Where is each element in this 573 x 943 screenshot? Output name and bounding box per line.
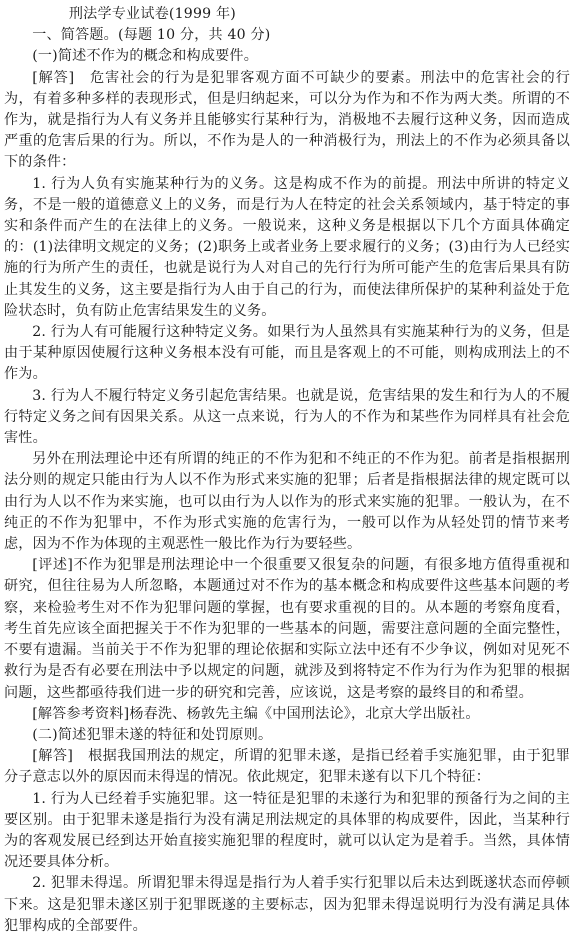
answer-1-supplement: 另外在刑法理论中还有所谓的纯正的不作为犯和不纯正的不作为犯。前者是指根据刑法分则… <box>4 449 570 555</box>
section-heading: 一、简答题。(每题 10 分，共 40 分) <box>4 25 570 46</box>
answer-2-point-1: 1. 行为人已经着手实施犯罪。这一特征是犯罪的未遂行为和犯罪的预备行为之间的主要… <box>4 789 570 874</box>
document-page: 刑法学专业试卷(1999 年)一、简答题。(每题 10 分，共 40 分)(一)… <box>4 4 570 937</box>
answer-1-point-3: 3. 行为人不履行特定义务引起危害结果。也就是说，危害结果的发生和行为人的不履行… <box>4 386 570 450</box>
answer-2-point-2: 2. 犯罪未得逞。所谓犯罪未得逞是指行为人着手实行犯罪以后未达到既遂状态而停顿下… <box>4 873 570 937</box>
question-1-heading: (一)简述不作为的概念和构成要件。 <box>4 46 570 67</box>
answer-1-point-2: 2. 行为人有可能履行这种特定义务。如果行为人虽然具有实施某种行为的义务，但是由… <box>4 322 570 386</box>
answer-1-commentary: [评述]不作为犯罪是刑法理论中一个很重要又很复杂的问题，有很多地方值得重视和研究… <box>4 555 570 703</box>
answer-1-intro: [解答] 危害社会的行为是犯罪客观方面不可缺少的要素。刑法中的危害社会的行为，有… <box>4 68 570 174</box>
answer-1-reference: [解答参考资料]杨春洗、杨敦先主编《中国刑法论》，北京大学出版社。 <box>4 704 570 725</box>
question-2-heading: (二)简述犯罪未遂的特征和处罚原则。 <box>4 725 570 746</box>
answer-2-intro: [解答] 根据我国刑法的规定，所谓的犯罪未遂，是指已经着手实施犯罪，由于犯罪分子… <box>4 746 570 788</box>
answer-1-point-1: 1. 行为人负有实施某种行为的义务。这是构成不作为的前提。刑法中所讲的特定义务，… <box>4 174 570 322</box>
document-title: 刑法学专业试卷(1999 年) <box>4 4 570 25</box>
